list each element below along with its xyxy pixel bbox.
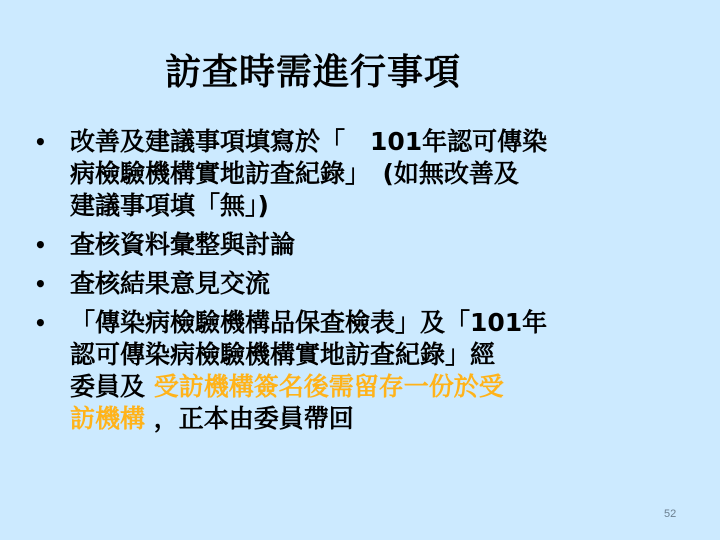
bullet-line: 「傳染病檢驗機構品保查檢表」及「101年 — [70, 307, 694, 339]
bullet-text: ，正本由委員帶回 — [145, 404, 354, 433]
bullet-line: 查核結果意見交流 — [70, 268, 694, 300]
slide-title: 訪查時需進行事項 — [165, 44, 461, 95]
bullet-line: 訪機構 ，正本由委員帶回 — [70, 403, 694, 435]
bullet-line: 建議事項填「無」) — [70, 190, 694, 222]
bullet-line: 改善及建議事項填寫於「 101年認可傳染 — [70, 126, 694, 158]
bullet-line: 委員及 受訪機構簽名後需留存一份於受 — [70, 371, 694, 403]
highlighted-text: 受訪機構簽名後需留存一份於受 — [154, 372, 504, 401]
bullet-line: 病檢驗機構實地訪查紀錄」 (如無改善及 — [70, 158, 694, 190]
bullet-icon: • — [34, 126, 54, 158]
bullet-icon: • — [34, 229, 54, 261]
bullet-icon: • — [34, 307, 54, 339]
bullet-list: • 改善及建議事項填寫於「 101年認可傳染 病檢驗機構實地訪查紀錄」 (如無改… — [34, 126, 694, 442]
bullet-item-data-consolidation: • 查核資料彙整與討論 — [34, 229, 694, 261]
bullet-icon: • — [34, 268, 54, 300]
bullet-item-results-exchange: • 查核結果意見交流 — [34, 268, 694, 300]
bullet-line: 查核資料彙整與討論 — [70, 229, 694, 261]
bullet-text: 委員及 — [70, 372, 154, 401]
bullet-item-record-improvements: • 改善及建議事項填寫於「 101年認可傳染 病檢驗機構實地訪查紀錄」 (如無改… — [34, 126, 694, 222]
page-number: 52 — [664, 508, 676, 520]
highlighted-text: 訪機構 — [70, 404, 145, 433]
bullet-item-sign-and-retain: • 「傳染病檢驗機構品保查檢表」及「101年 認可傳染病檢驗機構實地訪查紀錄」經… — [34, 307, 694, 435]
bullet-line: 認可傳染病檢驗機構實地訪查紀錄」經 — [70, 339, 694, 371]
